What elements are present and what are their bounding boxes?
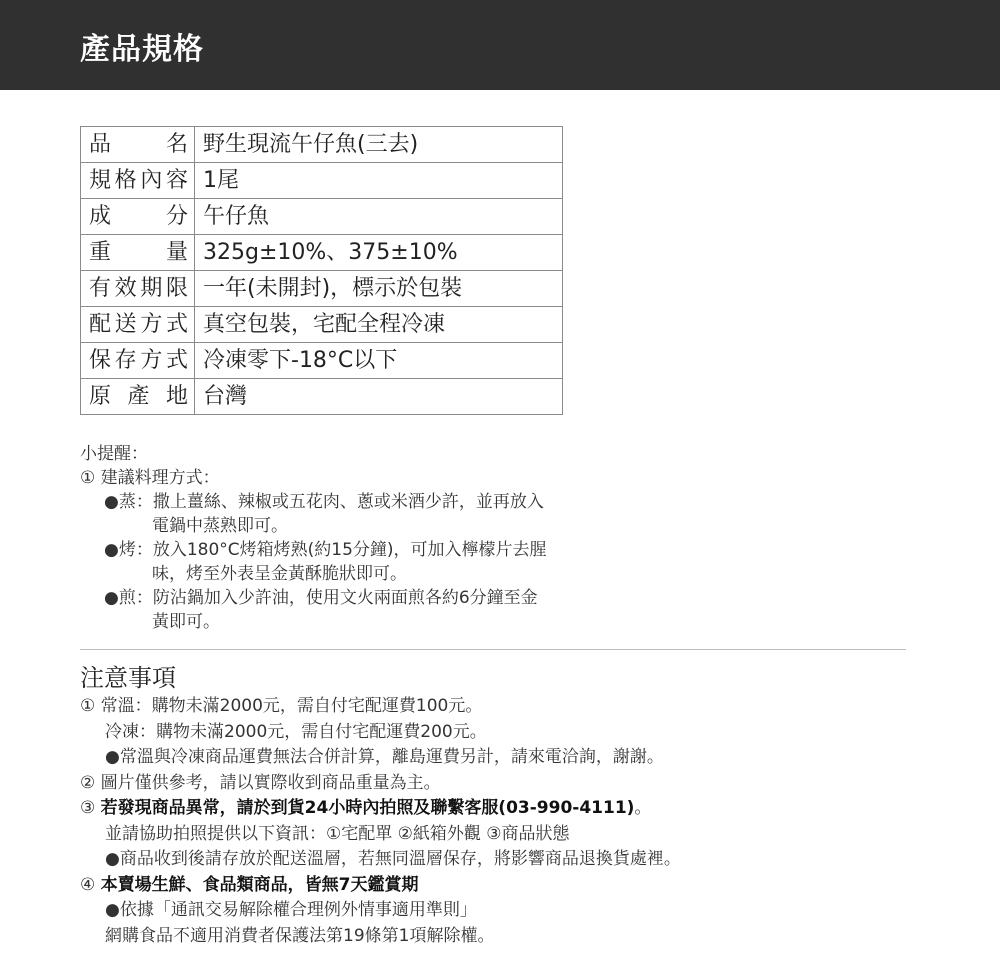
table-row: 原產地台灣 [81,379,563,415]
spec-value: 真空包裝，宅配全程冷凍 [195,307,563,343]
table-row: 規格內容1尾 [81,163,563,199]
spec-value: 1尾 [195,163,563,199]
tip-bake: ●烤：放入180°C烤箱烤熟(約15分鐘)，可加入檸檬片去腥 [80,538,547,562]
note-3: ③ 若發現商品異常，請於到貨24小時內拍照及聯繫客服(03-990-4111)。 [80,796,681,822]
spec-label: 原產地 [81,379,195,415]
table-row: 品名野生現流午仔魚(三去) [81,127,563,163]
table-row: 有效期限一年(未開封)，標示於包裝 [81,271,563,307]
spec-value: 午仔魚 [195,199,563,235]
tip-bake-cont: 味，烤至外表呈金黃酥脆狀即可。 [80,562,547,586]
spec-value: 一年(未開封)，標示於包裝 [195,271,563,307]
spec-value: 野生現流午仔魚(三去) [195,127,563,163]
note-3-number: ③ [80,798,101,818]
note-1: ① 常溫：購物未滿2000元，需自付宅配運費100元。 [80,694,681,720]
spec-label: 有效期限 [81,271,195,307]
note-1-shipping: ●常溫與冷凍商品運費無法合併計算，離島運費另計，請來電洽詢，謝謝。 [80,745,681,771]
note-3-storage: ●商品收到後請存放於配送溫層，若無同溫層保存，將影響商品退換貨處裡。 [80,847,681,873]
tip-fry-cont: 黃即可。 [80,610,547,634]
notes-title: 注意事項 [80,658,176,693]
section-divider [80,649,906,650]
spec-value: 冷凍零下-18°C以下 [195,343,563,379]
spec-label: 配送方式 [81,307,195,343]
tip-fry: ●煎：防沾鍋加入少許油，使用文火兩面煎各約6分鐘至金 [80,586,547,610]
table-row: 重量325g±10%、375±10% [81,235,563,271]
note-4-rule: ●依據「通訊交易解除權合理例外情事適用準則」 [80,898,681,924]
table-row: 保存方式冷凍零下-18°C以下 [81,343,563,379]
table-row: 成分午仔魚 [81,199,563,235]
note-4-law: 網購食品不適用消費者保護法第19條第1項解除權。 [80,924,681,950]
page-title: 產品規格 [80,24,204,68]
spec-value: 325g±10%、375±10% [195,235,563,271]
page-header: 產品規格 [0,0,1000,90]
note-3-info: 並請協助拍照提供以下資訊：①宅配單 ②紙箱外觀 ③商品狀態 [80,822,681,848]
spec-label: 品名 [81,127,195,163]
note-3-end: 。 [634,798,651,818]
spec-label: 保存方式 [81,343,195,379]
spec-label: 規格內容 [81,163,195,199]
tip-steam: ●蒸：撒上薑絲、辣椒或五花肉、蔥或米酒少許，並再放入 [80,490,547,514]
note-4-number: ④ [80,875,101,895]
tips-item-cooking: ① 建議料理方式： [80,466,547,490]
notes-section: ① 常溫：購物未滿2000元，需自付宅配運費100元。 冷凍：購物未滿2000元… [80,694,681,949]
note-1-frozen: 冷凍：購物未滿2000元，需自付宅配運費200元。 [80,720,681,746]
note-2: ② 圖片僅供參考，請以實際收到商品重量為主。 [80,771,681,797]
tip-steam-cont: 電鍋中蒸熟即可。 [80,514,547,538]
spec-label: 成分 [81,199,195,235]
tips-section: 小提醒： ① 建議料理方式： ●蒸：撒上薑絲、辣椒或五花肉、蔥或米酒少許，並再放… [80,442,547,634]
note-4-bold: 本賣場生鮮、食品類商品，皆無7天鑑賞期 [101,875,419,895]
note-3-bold: 若發現商品異常，請於到貨24小時內拍照及聯繫客服(03-990-4111) [101,798,635,818]
note-4: ④ 本賣場生鮮、食品類商品，皆無7天鑑賞期 [80,873,681,899]
spec-value: 台灣 [195,379,563,415]
tips-title: 小提醒： [80,442,547,466]
spec-label: 重量 [81,235,195,271]
table-row: 配送方式真空包裝，宅配全程冷凍 [81,307,563,343]
spec-table: 品名野生現流午仔魚(三去) 規格內容1尾 成分午仔魚 重量325g±10%、37… [80,126,563,415]
